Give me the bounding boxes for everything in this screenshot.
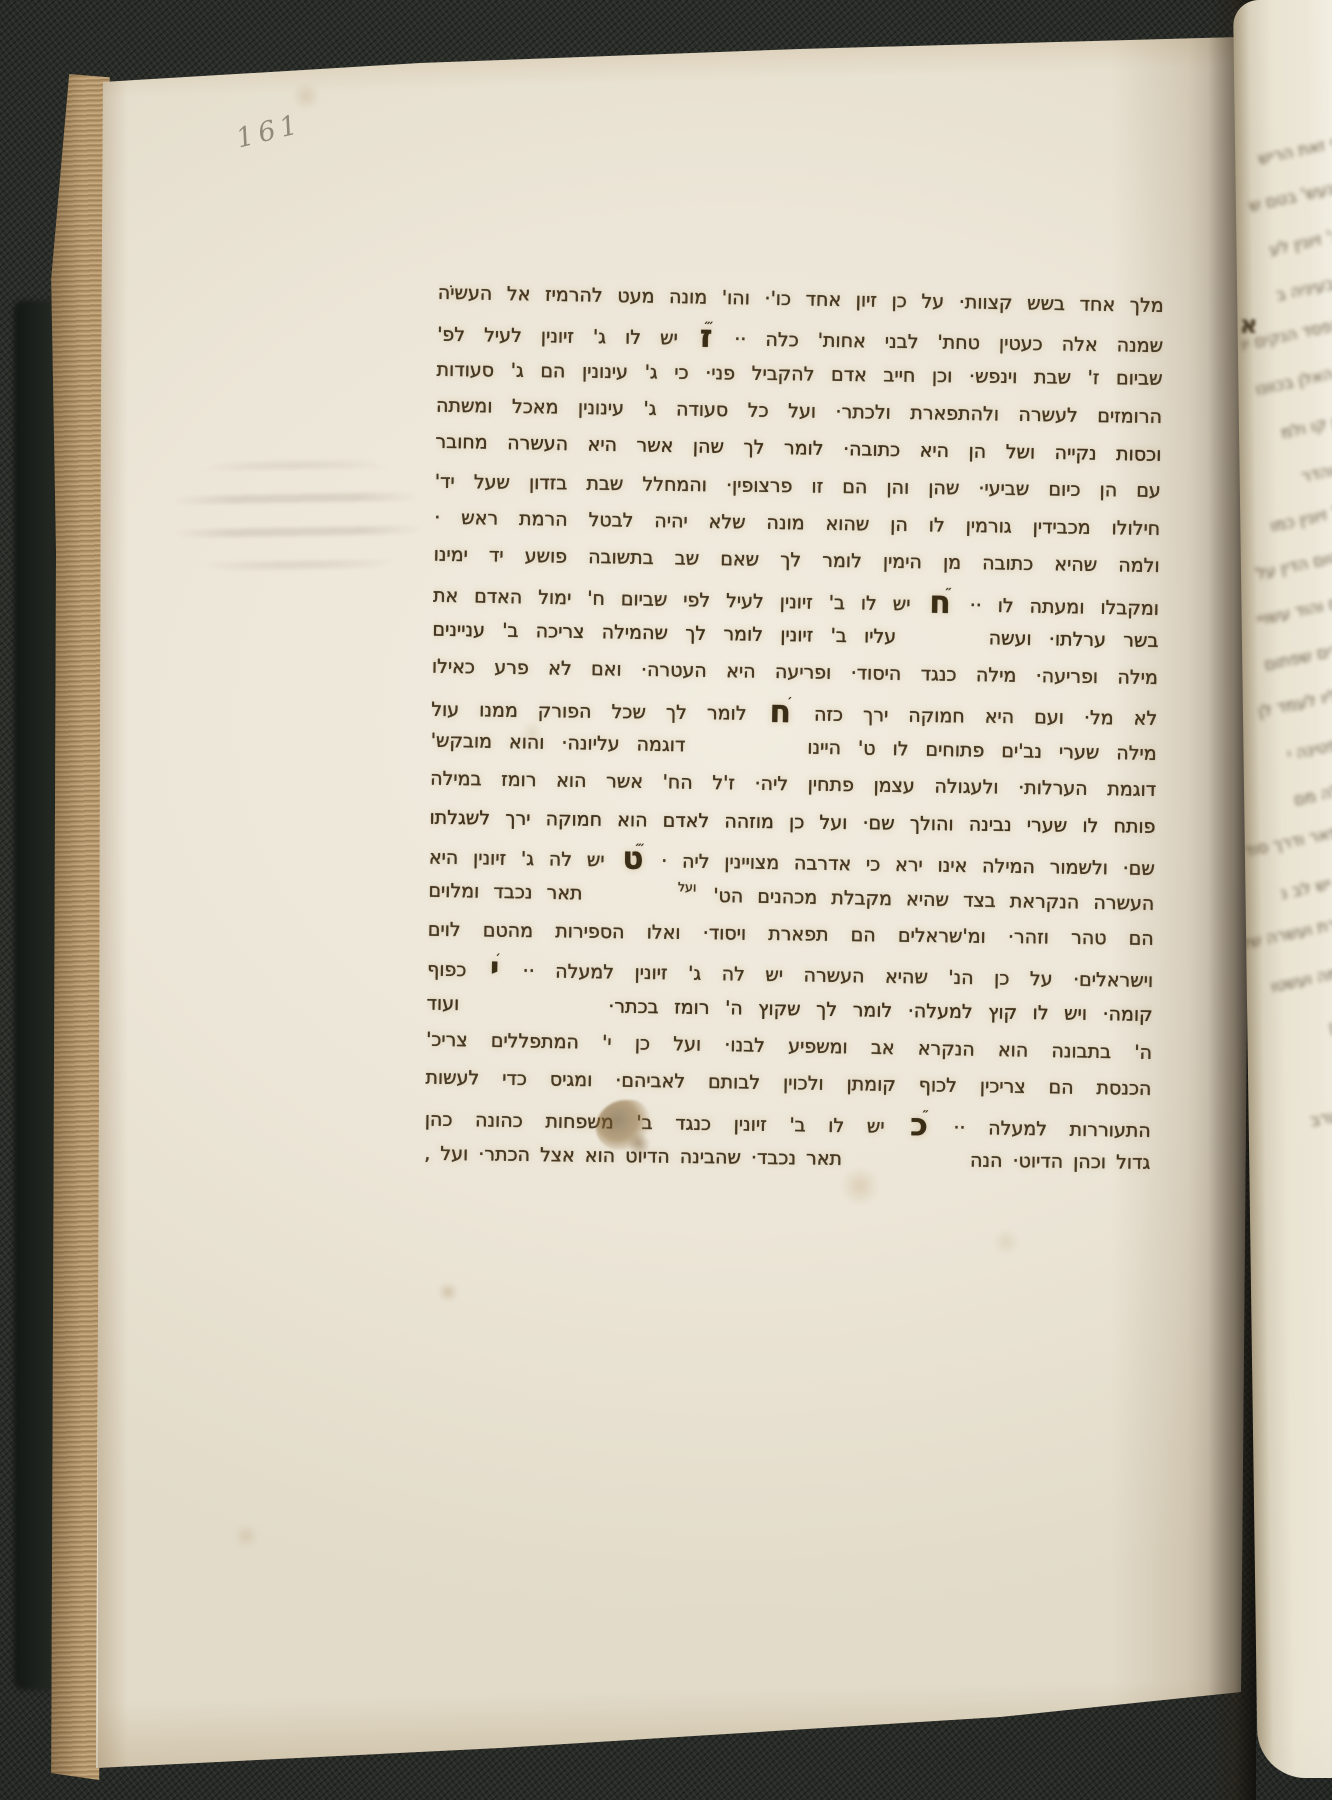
line-text: שביום ז' שבת וינפש· וכן חייב אדם להקביל … [436,358,1162,389]
line-text: וכסות נקייה ושל הן היא כתובה· לומר לך שה… [435,431,1161,466]
blank-space [475,1009,593,1012]
line-text: מילה שערי נב'ים פתוחים לו ט' היינו [807,737,1157,765]
line-text: התעוררות למעלה ·· [953,1116,1151,1141]
line-text: ה' בתבונה הוא הנקרא אב ומשפיע לבנו· ועל … [426,1028,1152,1063]
manuscript-photo: 161 מלך אחד בשש קצוות· על כן זיון אחד כו… [0,0,1332,1800]
line-text: ולמה שהיא כתובה מן הימין לומר לך שאם שב … [434,544,1160,577]
line-text: שמנה אלה כעטין טחת' לבני אחות' כלה ·· [734,329,1163,358]
line-text: שם· ולשמור המילה אינו ירא כי אדרבה מצויי… [661,850,1155,880]
line-text: הם טהר וזהר· ומ'שראלים הם תפארת ויסוד· ו… [428,919,1154,950]
line-text: קומה· ויש לו קוץ למעלה· לומר לך שקוץ ה' … [608,995,1153,1026]
line-text: חילולו מכבידין גורמין לו הן שהוא מונה של… [434,507,1160,540]
foxing-spot [521,721,543,743]
line-text: ועוד [426,992,459,1015]
line-text: עם הן כיום שביעי· שהן והן הם זו פרצופין·… [435,470,1161,501]
enlarged-letter: ז׳׳׳ [700,319,713,355]
line-text: יש לה ג' זיונין היא [429,847,605,872]
foxing-spot [840,1166,880,1206]
line-text: גדול וכהן הדיוט· הנה [970,1149,1150,1173]
ink-blot-small [626,1134,652,1154]
blank-space [852,1164,960,1166]
line-text: הכנסת הם צריכין לכוף קומתן ולכוין לבותם … [425,1067,1151,1100]
enlarged-letter: ח׳׳ [929,584,951,620]
page-left-shade [98,80,128,1770]
line-text: תאר נכבד ומלוים [428,879,582,904]
line-text: ומקבלו ומעתה לו ·· [970,594,1160,619]
blank-space [913,642,971,644]
tagin-marks: ׳׳׳ [703,313,711,344]
manuscript-page: 161 מלך אחד בשש קצוות· על כן זיון אחד כו… [0,0,1332,1800]
enlarged-letter: ח׳ [769,694,791,730]
foxing-spot [438,1282,458,1302]
line-text: לומר לך שכל הפורק ממנו עול [431,698,747,724]
line-text: מילה ופריעה· מילה כנגד היסוד· ופריעה היא… [432,656,1158,689]
line-text: וישראלים· על כן הנ' שהיא העשרה יש לה ג' … [522,960,1153,992]
line-text: יש לו ג' זיונין לעיל לפ' [437,324,678,350]
blank-space [702,751,790,754]
line-text: יש לו ב' זיונין כנגד ב' משפחות כהונה כהן [425,1108,885,1137]
line-text: הרומזים לעשרה ולהתפארת ולכתר· ועל כל סעו… [436,395,1162,428]
enlarged-letter: ט׳׳׳ [622,841,644,877]
line-text: לא מל· ועם היא חמוקה ירך כזה [814,703,1157,729]
tagin-marks: ׳ [495,948,498,975]
line-text: בשר ערלתו· ועשה [989,627,1159,652]
enlarged-letter: י׳ [490,951,500,987]
foxing-spot [993,1229,1019,1255]
blank-space [597,898,661,900]
folio-number: 161 [233,108,305,154]
line-text: יש לו ב' זיונין לעיל לפי שביום ח' ימול ה… [433,584,911,615]
tagin-marks: ׳ [787,687,790,718]
line-text: דוגמת הערלות· ולעגולה עצמן פתחין ליה· ז'… [430,768,1156,801]
manuscript-line: גדול וכהן הדיוט· הנה תאר נכבד· שהבינה הד… [424,1136,1150,1182]
tagin-marks: ׳׳׳ [635,836,643,866]
verso-show-through [170,444,424,590]
interlinear-insertion: ועל [678,879,697,894]
line-text: עליו ב' זיונין לומר לך שהמילה צריכה ב' ע… [432,619,896,648]
foxing-spot [292,82,320,110]
line-text: העשרה הנקראת בצד שהיא מקבלת מכהנים הט' [713,884,1154,914]
line-text: פותח לו שערי נבינה והולך שם· ועל כן מוזה… [429,806,1155,837]
line-text: כפוף [427,959,467,982]
enlarged-letter: כ׳׳ [910,1107,928,1143]
line-text: מלך אחד בשש קצוות· על כן זיון אחד כו'· ו… [438,282,1164,317]
line-text: דוגמה עליונה· והוא מובקש' [431,730,686,757]
foxing-spot [234,1524,258,1548]
